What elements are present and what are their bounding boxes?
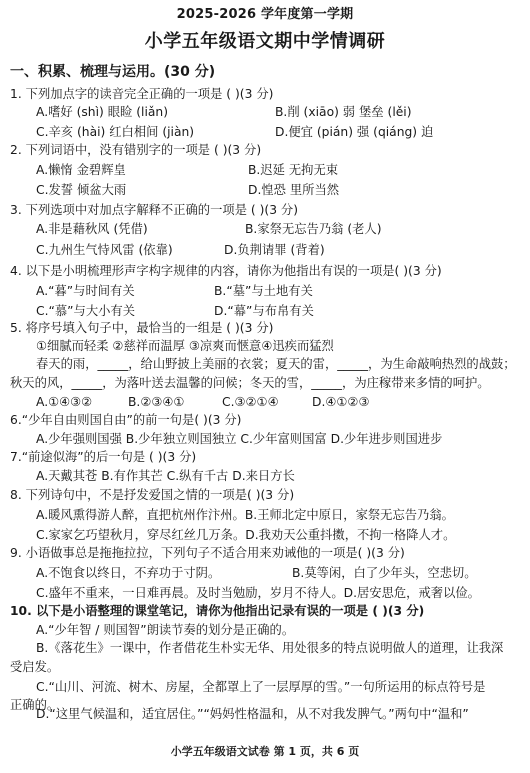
- question-10-option-b-line-2: 受启发。: [10, 659, 59, 675]
- question-1-option-a: A.嗜好 (shì) 眼睑 (liǎn): [36, 104, 168, 120]
- question-5-passage-line-2: 秋天的风，_____，为落叶送去温馨的问候；冬天的雪，_____，为庄稼带来多情…: [10, 375, 490, 391]
- exam-page: 2025-2026 学年度第一学期 小学五年级语文期中学情调研 一、积累、梳理与…: [0, 0, 530, 773]
- question-4-stem: 4. 以下是小明梳理形声字构字规律的内容，请你为他指出有误的一项是( )(3 分…: [10, 263, 442, 279]
- question-9-options-line-2: C.盛年不重来，一日难再晨。及时当勉励，岁月不待人。D.居安思危，戒奢以俭。: [36, 585, 480, 601]
- question-10-stem: 10. 以下是小语整理的课堂笔记，请你为他指出记录有误的一项是 ( )(3 分): [10, 603, 424, 619]
- question-7-stem: 7.“前途似海”的后一句是 ( )(3 分): [10, 449, 196, 465]
- question-4-option-a: A.“暮”与时间有关: [36, 283, 135, 299]
- question-1-option-c: C.辛亥 (hài) 红白相间 (jiàn): [36, 124, 194, 140]
- question-3-option-c: C.九州生气恃风雷 (依靠): [36, 242, 173, 258]
- question-10-option-c-line-1: C.“山川、河流、树木、房屋，全都罩上了一层厚厚的雪。”一句所运用的标点符号是: [36, 679, 485, 695]
- question-10-option-d-line-1: D.“这里气候温和，适宜居住。”“妈妈性格温和，从不对我发脾气。”两句中“温和”: [36, 706, 469, 722]
- question-8-options-line-2: C.家家乞巧望秋月，穿尽红丝几万条。D.我劝天公重抖擞，不拘一格降人才。: [36, 527, 455, 543]
- question-10-option-b-line-1: B.《落花生》一课中，作者借花生朴实无华、用处很多的特点说明做人的道理，让我深: [36, 640, 503, 656]
- section-title: 一、积累、梳理与运用。(30 分): [10, 61, 215, 81]
- question-10-option-a: A.“少年智 / 则国智”朗读节奏的划分是正确的。: [36, 622, 294, 638]
- question-5-items: ①细腻而轻柔 ②慈祥而温厚 ③凉爽而惬意④迅疾而猛烈: [36, 338, 334, 354]
- question-1-option-d: D.便宜 (pián) 强 (qiáng) 迫: [275, 124, 433, 140]
- question-6-options: A.少年强则国强 B.少年独立则国独立 C.少年富则国富 D.少年进步则国进步: [36, 431, 442, 447]
- question-5-option-b: B.②③④①: [128, 394, 184, 410]
- exam-title: 小学五年级语文期中学情调研: [0, 27, 530, 53]
- question-5-option-d: D.④①②③: [312, 394, 369, 410]
- question-2-option-b: B.迟延 无拘无束: [248, 162, 338, 178]
- page-footer: 小学五年级语文试卷 第 1 页，共 6 页: [0, 743, 530, 759]
- question-5-option-a: A.①④③②: [36, 394, 92, 410]
- term-heading: 2025-2026 学年度第一学期: [0, 3, 530, 22]
- question-7-options: A.天戴其苍 B.有作其芒 C.纵有千古 D.来日方长: [36, 468, 295, 484]
- question-1-stem: 1. 下列加点字的读音完全正确的一项是 ( )(3 分): [10, 86, 273, 102]
- question-3-stem: 3. 下列选项中对加点字解释不正确的一项是 ( )(3 分): [10, 202, 298, 218]
- question-5-stem: 5. 将序号填入句子中，最恰当的一组是 ( )(3 分): [10, 320, 273, 336]
- question-2-option-a: A.懒惰 金碧辉皇: [36, 162, 126, 178]
- question-5-option-c: C.③②①④: [222, 394, 279, 410]
- question-1-option-b: B.削 (xiāo) 弱 堡垒 (lěi): [275, 104, 412, 120]
- question-3-option-b: B.家祭无忘告乃翁 (老人): [245, 221, 382, 237]
- question-4-option-d: D.“幕”与布帛有关: [214, 303, 314, 319]
- question-5-passage-line-1: 春天的雨，_____，给山野披上美丽的衣裳；夏天的雷，_____，为生命敲响热烈…: [36, 356, 516, 372]
- question-2-option-d: D.惶恐 里所当然: [248, 182, 339, 198]
- question-2-option-c: C.发誓 倾盆大雨: [36, 182, 126, 198]
- question-6-stem: 6.“少年自由则国自由”的前一句是( )(3 分): [10, 412, 241, 428]
- question-8-options-line-1: A.暖风熏得游人醉，直把杭州作汴州。B.王师北定中原日，家祭无忘告乃翁。: [36, 507, 454, 523]
- question-3-option-d: D.负荆请罪 (背着): [224, 242, 325, 258]
- question-3-option-a: A.非是藉秋风 (凭借): [36, 221, 148, 237]
- question-9-option-b: B.莫等闲，白了少年头，空悲切。: [292, 565, 477, 581]
- question-2-stem: 2. 下列词语中，没有错别字的一项是 ( )(3 分): [10, 142, 261, 158]
- question-9-option-a: A.不饱食以终日，不弃功于寸阴。: [36, 565, 220, 581]
- question-4-option-b: B.“墓”与土地有关: [214, 283, 313, 299]
- question-9-stem: 9. 小语做事总是拖拖拉拉，下列句子不适合用来劝诫他的一项是( )(3 分): [10, 545, 405, 561]
- question-4-option-c: C.“慕”与大小有关: [36, 303, 135, 319]
- question-8-stem: 8. 下列诗句中，不是抒发爱国之情的一项是( )(3 分): [10, 487, 294, 503]
